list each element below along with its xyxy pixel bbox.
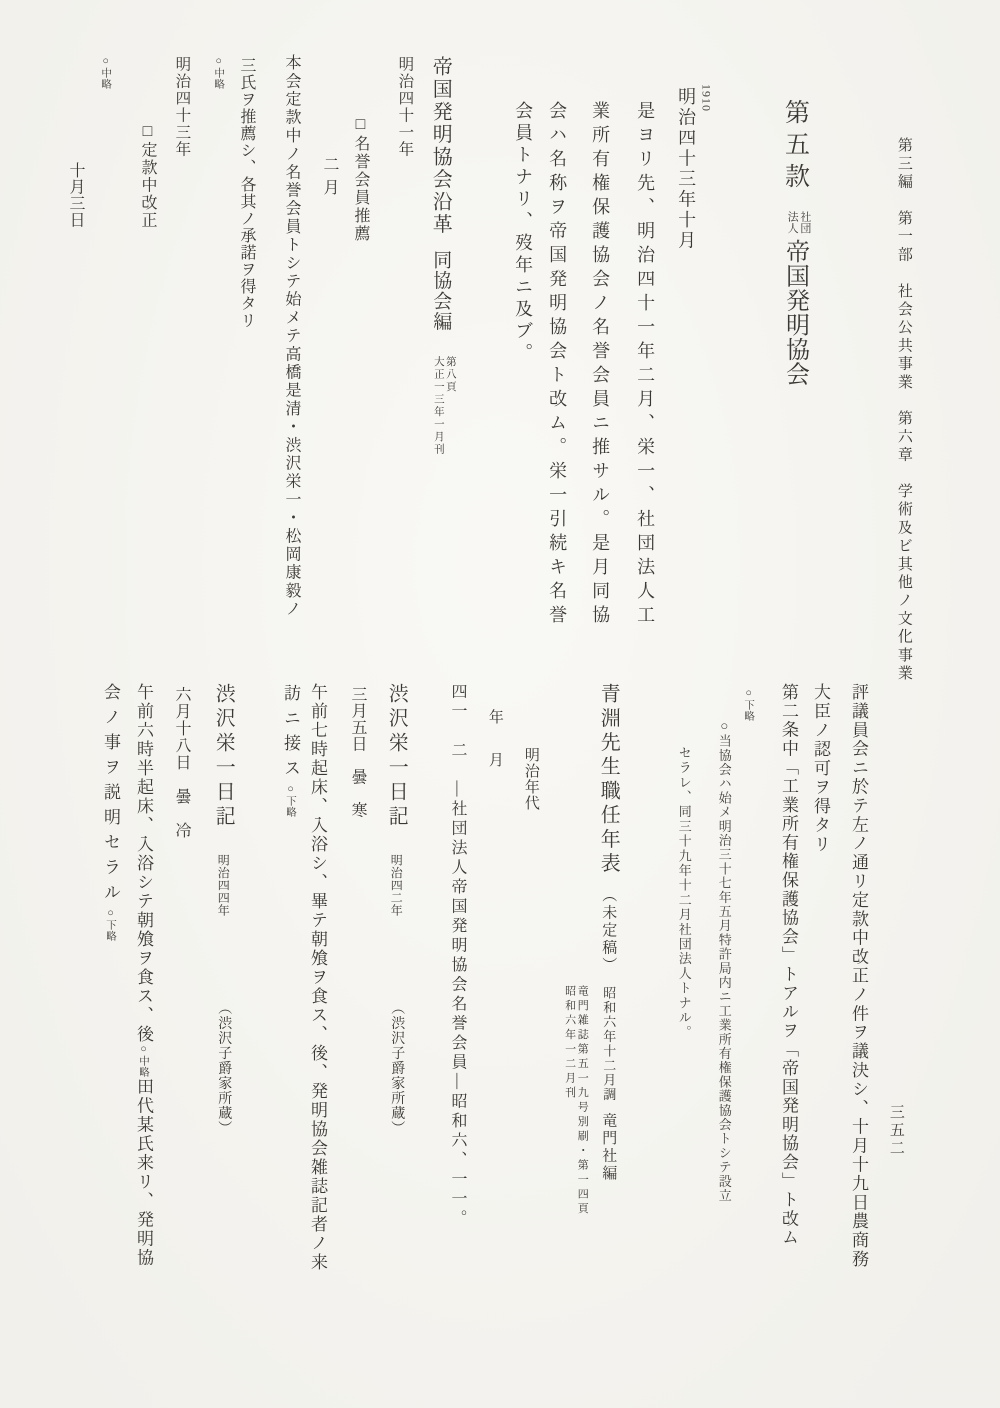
source2-biblio-note: 竜門雑誌第五一九号別刷・第一四頁昭和六年一二月刊 — [563, 985, 588, 1217]
diary1-body-line: 訪ニ接ス○下略 — [281, 684, 299, 818]
diary-year: 明治四二年 — [389, 854, 403, 917]
diary2-body-line: 会ノ事ヲ説明セラル○下略 — [101, 683, 119, 942]
diary1-heading: 渋沢栄一日記明治四二年（渋沢子爵家所蔵） — [385, 683, 406, 1136]
page-number: 三五二 — [887, 1104, 903, 1158]
quote-line: 会員トナリ、歿年ニ及ブ。 — [513, 101, 532, 365]
biblio-date: 昭和六年一二月刊 — [563, 985, 576, 1217]
diary-title: 渋沢栄一日記 — [385, 683, 407, 830]
source1-heading: 帝国発明協会沿革同協会編第八頁大正一三年一月刊 — [429, 56, 456, 456]
section-number: 第五款 — [782, 99, 809, 195]
source2-subtitle: （未定稿） — [600, 887, 616, 975]
diary1-date-line: 三月五日 曇 寒 — [348, 686, 365, 818]
footnote-line: ○当協会ハ始メ明治三十七年五月特許局内ニ工業所有権保護協会トシテ設立 — [717, 718, 731, 1203]
entry-date: 明治四十三年十月 — [676, 87, 695, 251]
omission-mark: ○下略 — [105, 908, 116, 942]
diary2-body-line: 午前六時半起床、入浴シテ朝飧ヲ食ス、後○中略田代某氏来リ、発明協 — [134, 683, 152, 1268]
quote-line: 是ヨリ先、明治四十一年二月、栄一、社団法人工 — [635, 101, 654, 629]
source2-entry-line: 四一 二 ―社団法人帝国発明協会名誉会員―昭和六、一一。 — [448, 683, 465, 1229]
source2-title: 青淵先生職任年表 — [597, 683, 619, 877]
diary-provenance: （渋沢子爵家所蔵） — [389, 1001, 404, 1136]
corporate-type-left: 法人 — [786, 211, 799, 234]
quote-line: 業所有権保護協会ノ名誉会員ニ推サル。是月同協 — [590, 101, 609, 629]
diary-year: 明治四四年 — [216, 854, 230, 917]
source1-item-line: □定款中改正 — [138, 123, 155, 229]
running-header: 第三編 第一部 社会公共事業 第六章 学術及ビ其他ノ文化事業 — [895, 137, 911, 683]
source1-date-line: 十月三日 — [66, 162, 83, 228]
biblio-date: 大正一三年一月刊 — [432, 356, 444, 456]
source1-body-line: 評議員会ニ於テ左ノ通リ定款中改正ノ件ヲ議決シ、十月十九日農商務 — [849, 683, 867, 1269]
quote-line: 会ハ名称ヲ帝国発明協会ト改ム。栄一引続キ名誉 — [547, 101, 566, 629]
scanned-book-page: 第三編 第一部 社会公共事業 第六章 学術及ビ其他ノ文化事業 三五二 第五款社団… — [0, 0, 1000, 1408]
diary1-body-line: 午前七時起床、入浴シ、畢テ朝飧ヲ食ス、後、発明協会雑誌記者ノ来 — [308, 683, 326, 1272]
source1-month-line: 二月 — [320, 156, 337, 202]
diary2-body-text: 田代某氏来リ、発明協 — [134, 1078, 153, 1268]
source1-body-line: 第二条中「工業所有権保護協会」トアルヲ「帝国発明協会」ト改ム — [779, 683, 797, 1247]
omission-mark: ○下略 — [743, 688, 754, 722]
corporate-type-right: 社団 — [798, 211, 811, 234]
source2-column-labels: 年 月 — [486, 709, 502, 774]
diary2-date-line: 六月十八日 曇 冷 — [172, 686, 189, 839]
biblio-offprint: 竜門雑誌第五一九号別刷・第一四頁 — [576, 985, 589, 1217]
omission-mark: ○下略 — [285, 784, 296, 818]
source2-heading: 青淵先生職任年表（未定稿）昭和六年十二月調竜門社編 — [597, 683, 618, 1182]
omission-mark: ○中略 — [213, 56, 224, 90]
corporate-type-note: 社団法人 — [786, 211, 811, 234]
diary2-body-text: 午前六時半起床、入浴シテ朝飧ヲ食ス、後 — [134, 683, 153, 1044]
source1-title: 帝国発明協会沿革 — [429, 56, 451, 236]
diary1-body-text: 訪ニ接ス — [281, 684, 300, 784]
source1-body-line: 大臣ノ認可ヲ得タリ — [811, 683, 829, 854]
source1-year-line: 明治四十一年 — [396, 56, 412, 158]
diary-title: 渋沢栄一日記 — [212, 683, 234, 830]
source2-era-label: 明治年代 — [522, 747, 538, 811]
diary-provenance: （渋沢子爵家所蔵） — [216, 1001, 231, 1136]
omission-mark: ○中略 — [100, 56, 111, 90]
biblio-page: 第八頁 — [444, 356, 456, 456]
source2-editor: 竜門社編 — [600, 1112, 616, 1182]
source1-editor: 同協会編 — [430, 250, 451, 332]
footnote-line: セラレ、同三十九年十二月社団法人トナル。 — [677, 746, 691, 1040]
source2-compiled: 昭和六年十二月調 — [601, 986, 616, 1102]
source1-body-line: 三氏ヲ推薦シ、各其ノ承諾ヲ得タリ — [237, 57, 254, 329]
source1-body-line: 本会定款中ノ名誉会員トシテ始メテ高橋是清・渋沢栄一・松岡康毅ノ — [282, 54, 299, 618]
association-name: 帝国発明協会 — [782, 239, 808, 386]
omission-mark: ○中略 — [138, 1044, 149, 1078]
entry-western-year: 1910 — [700, 84, 713, 112]
source1-biblio-note: 第八頁大正一三年一月刊 — [432, 356, 456, 456]
source1-item-line: □名誉会員推薦 — [351, 116, 368, 243]
diary2-body-text: 会ノ事ヲ説明セラル — [101, 683, 120, 908]
source1-year-line: 明治四十三年 — [173, 56, 189, 158]
section-title: 第五款社団法人帝国発明協会 — [781, 99, 811, 386]
diary2-heading: 渋沢栄一日記明治四四年（渋沢子爵家所蔵） — [212, 683, 233, 1136]
